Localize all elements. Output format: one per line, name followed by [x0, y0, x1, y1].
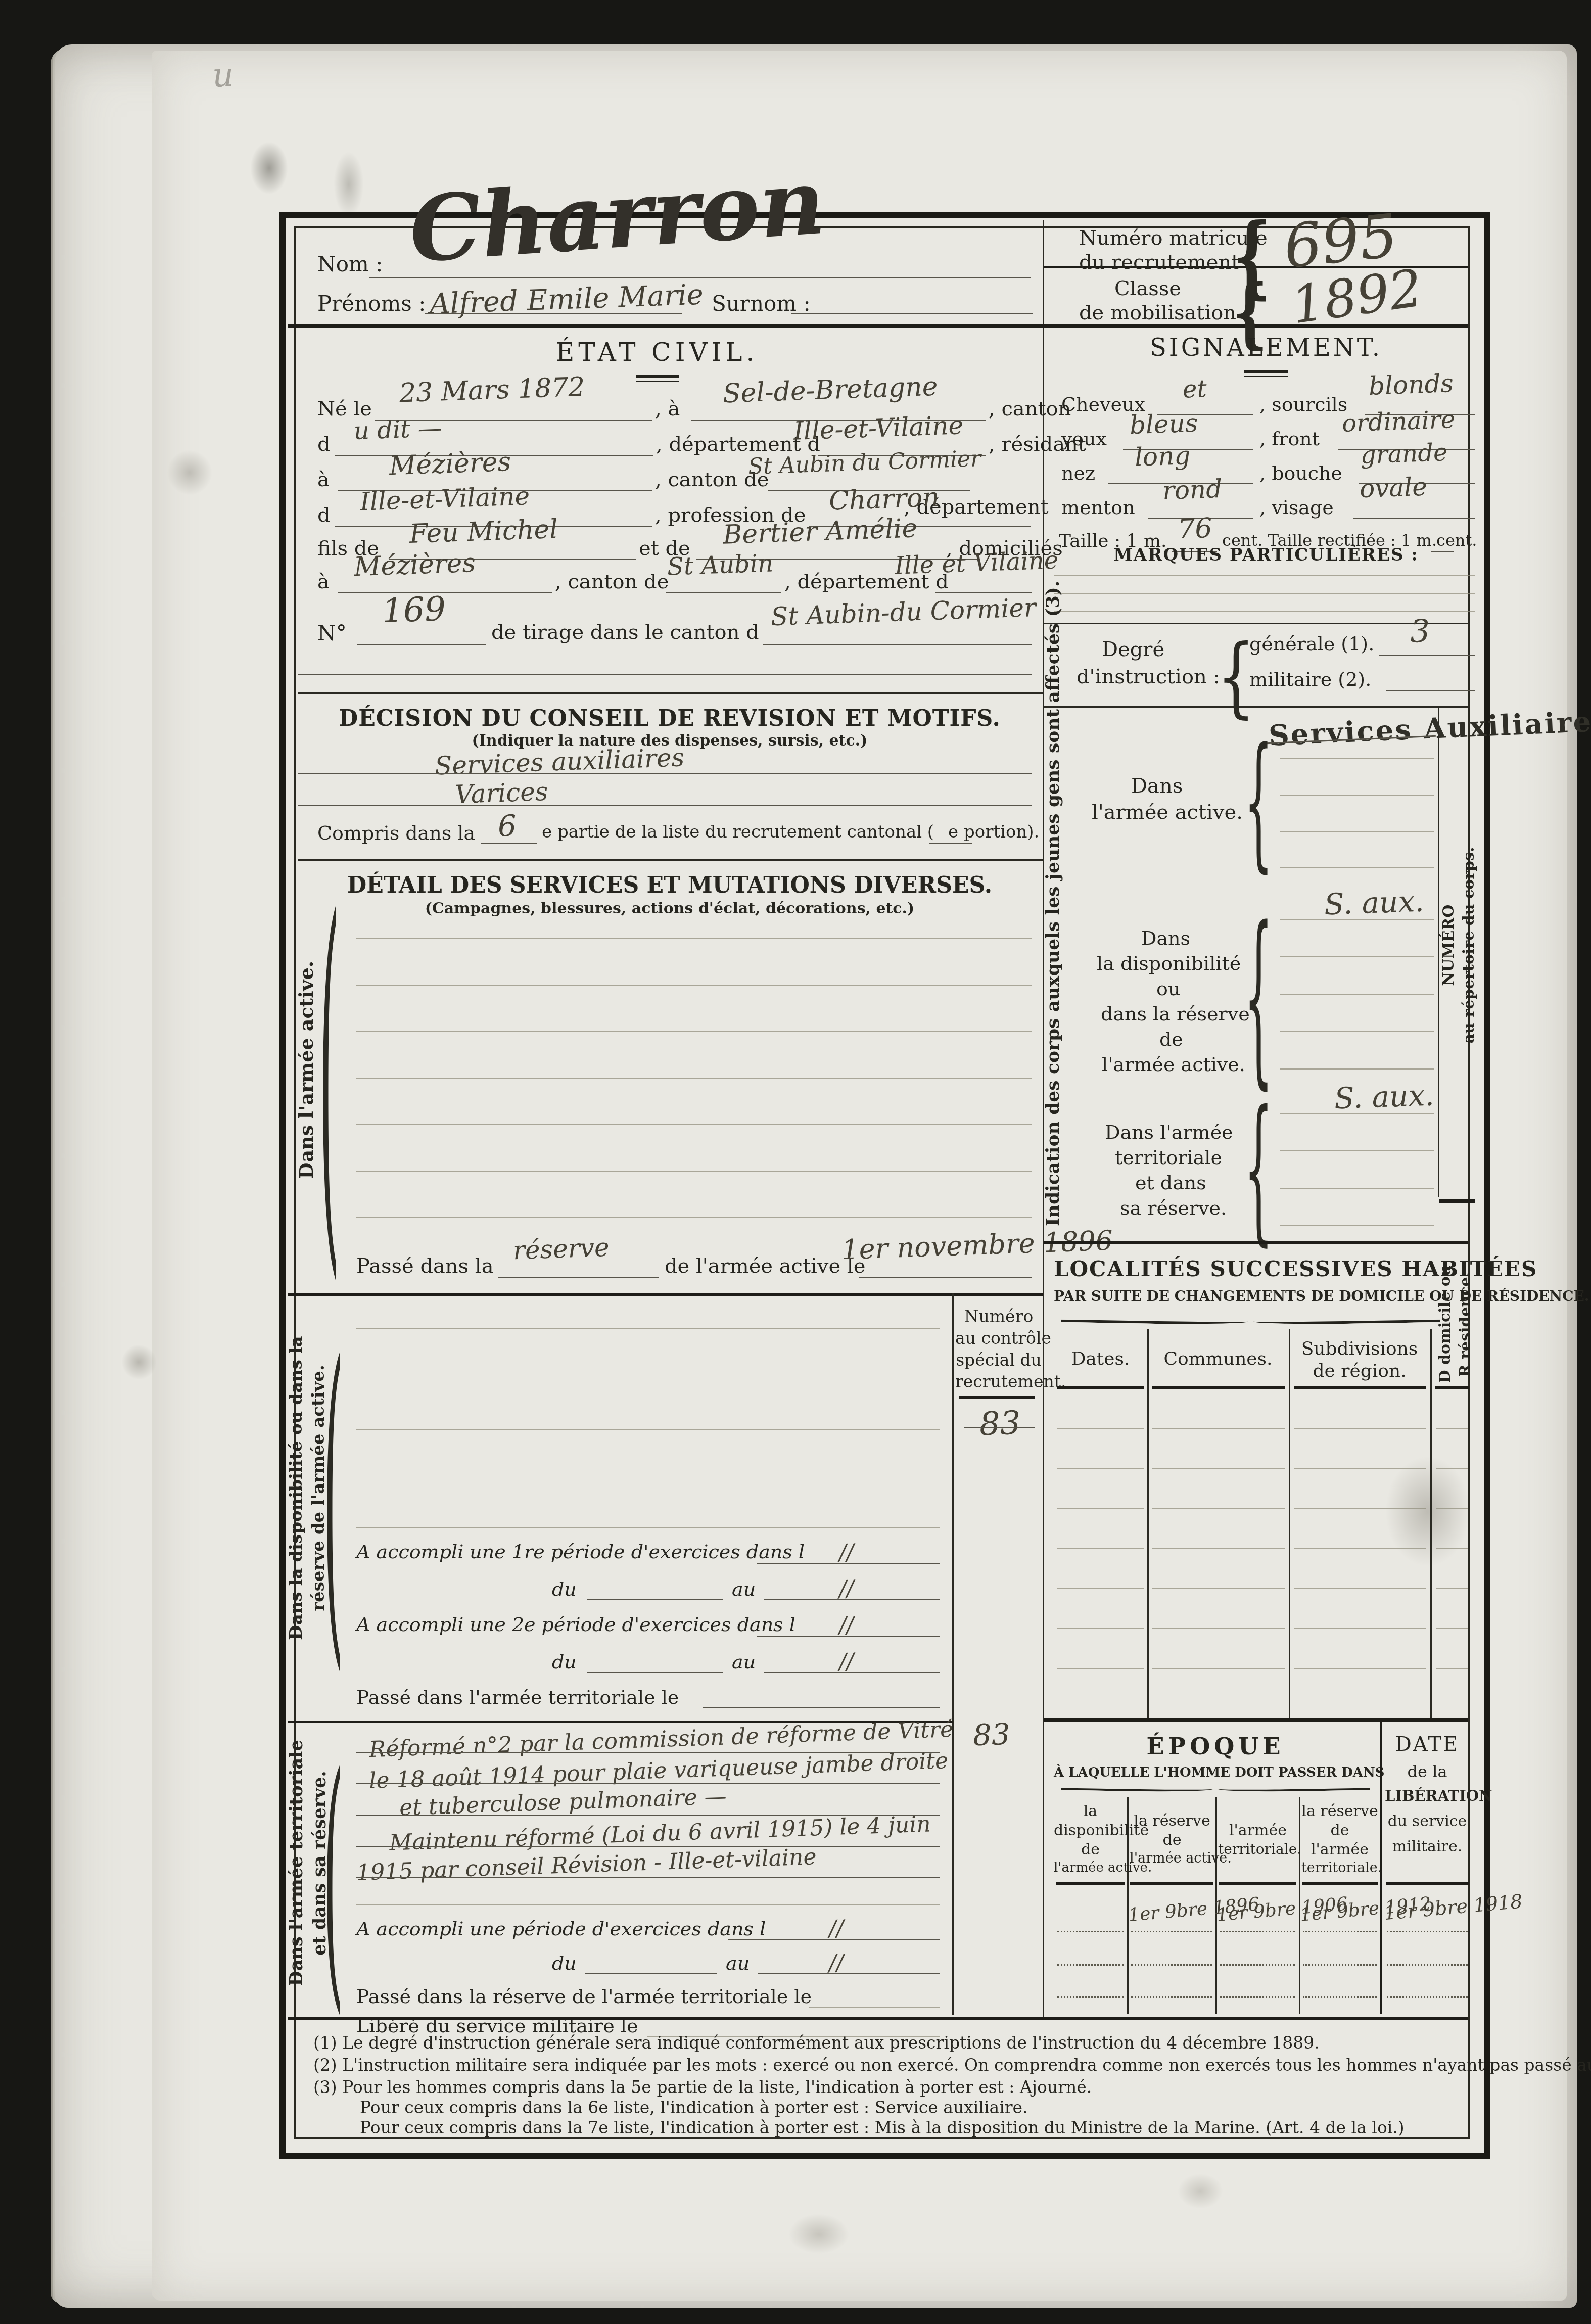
- footnote-5: Pour ceux compris dans la 7e liste, l'in…: [360, 2118, 1405, 2137]
- controle-value-2: 83: [972, 1717, 1011, 1753]
- line: [1353, 518, 1475, 519]
- row-line: [1057, 1428, 1144, 1429]
- nom-label: Nom :: [317, 252, 383, 276]
- localites-header-rule: [1294, 1386, 1426, 1389]
- epoque-col3: territoriale.: [1218, 1841, 1298, 1857]
- row-line: [1294, 1508, 1426, 1509]
- row-line: [1436, 1428, 1468, 1429]
- corps-terr-label: et dans: [1135, 1172, 1206, 1194]
- canton3-label: , canton de: [555, 570, 669, 593]
- col-subdivisions2: de région.: [1294, 1361, 1425, 1381]
- heavy-rule: [1044, 1241, 1468, 1244]
- line: [703, 1707, 940, 1708]
- localites-title: LOCALITÉS SUCCESSIVES HABITÉES: [1054, 1257, 1448, 1281]
- terr-s-aux-value: S. aux.: [1334, 1078, 1435, 1116]
- corps-active-label: Dans: [1131, 774, 1183, 798]
- row-line: [1436, 1668, 1468, 1669]
- stain: [1178, 2173, 1223, 2209]
- militaire-label: militaire (2).: [1249, 668, 1371, 690]
- row-line: [1436, 1548, 1468, 1549]
- blank-line: [1280, 1225, 1434, 1226]
- corps-terr-label: territoriale: [1115, 1146, 1222, 1169]
- quote-marks: ∕∕: [838, 1648, 854, 1675]
- classe-label2: de mobilisation :: [1079, 301, 1249, 324]
- tirage-canton-label: de tirage dans le canton d: [491, 621, 759, 644]
- periode1-label: A accompli une 1re période d'exercices d…: [356, 1541, 805, 1563]
- passe-territoriale-label: Passé dans l'armée territoriale le: [356, 1686, 679, 1708]
- corps-dispo-label: la disponibilité: [1097, 952, 1241, 974]
- controle-header: au contrôle: [955, 1328, 1042, 1348]
- line: [587, 1599, 723, 1600]
- pencil-scribble: u: [212, 55, 235, 95]
- controle-header: Numéro: [955, 1307, 1042, 1326]
- cheveux-value: et: [1182, 375, 1207, 404]
- dotted-line: [1387, 1996, 1468, 1998]
- epoque-title: ÉPOQUE: [1054, 1733, 1377, 1760]
- yeux-value: bleus: [1129, 408, 1198, 440]
- blank-line: [1054, 575, 1475, 576]
- epoque-header-rule: [1219, 1882, 1296, 1885]
- d2-label: d: [317, 503, 331, 527]
- line: [859, 1277, 1032, 1278]
- dotted-line: [1220, 1931, 1295, 1932]
- armee-active-side-label: Dans l'armée active.: [295, 967, 317, 1179]
- line: [1386, 690, 1475, 691]
- taille-value: 76: [1177, 512, 1213, 545]
- epoque-col1: de: [1054, 1841, 1127, 1858]
- dotted-line: [1387, 1964, 1468, 1966]
- signalement-bottom-rule: [1044, 623, 1468, 624]
- line: [809, 2007, 940, 2008]
- epoque-col1: la: [1054, 1802, 1127, 1820]
- dotted-line: [1057, 1996, 1124, 1998]
- localites-divider: [1430, 1329, 1432, 1718]
- line: [587, 1672, 723, 1673]
- footnote-2: (2) L'instruction militaire sera indiqué…: [313, 2055, 1591, 2075]
- pere-value: Feu Michel: [409, 514, 558, 549]
- line: [356, 1783, 940, 1784]
- row-line: [1152, 1468, 1285, 1469]
- line: [763, 644, 1032, 645]
- du-label: du: [552, 1651, 577, 1673]
- detail-subtitle: (Campagnes, blessures, actions d'éclat, …: [303, 900, 1036, 917]
- blank-line: [1280, 1150, 1434, 1151]
- corps-terr-label: Dans l'armée: [1105, 1121, 1233, 1143]
- localites-header-rule: [1152, 1386, 1285, 1389]
- col-communes: Communes.: [1152, 1349, 1284, 1369]
- epoque-date-label: de la: [1385, 1762, 1470, 1781]
- prenoms-label: Prénoms :: [317, 291, 426, 316]
- detail-title: DÉTAIL DES SERVICES ET MUTATIONS DIVERSE…: [303, 872, 1036, 898]
- menton-value: rond: [1162, 474, 1223, 505]
- blank-line: [356, 985, 1032, 986]
- departement1-value: Ille-et-Vilaine: [793, 410, 964, 446]
- passe-reserve-label1: Passé dans la: [356, 1254, 494, 1278]
- corps-dispo-label: ou: [1156, 978, 1180, 1000]
- epoque-col1: disponibilité: [1054, 1822, 1127, 1839]
- line: [1379, 655, 1475, 656]
- row-line: [1436, 1508, 1468, 1509]
- epoque-date-label: DATE: [1385, 1733, 1470, 1756]
- etat-civil-ornament: [636, 375, 679, 382]
- disponibilite-brace: (: [323, 1296, 344, 1701]
- blank-line: [1280, 1188, 1434, 1189]
- corps-dispo-brace: {: [1244, 889, 1273, 1107]
- row-line: [1294, 1588, 1426, 1589]
- row-line: [1152, 1668, 1285, 1669]
- visage-value: ovale: [1359, 472, 1428, 504]
- localites-header-rule: [1435, 1386, 1469, 1389]
- repertoire-label: NUMÉROau répertoire du corps.: [1439, 826, 1479, 1064]
- canton1-value: u dit —: [353, 414, 443, 445]
- epoque-col2: la réserve: [1130, 1812, 1214, 1830]
- etat-civil-title: ÉTAT CIVIL.: [455, 338, 859, 367]
- bouche-value: grande: [1360, 438, 1448, 470]
- epoque-header-rule: [1386, 1882, 1469, 1885]
- row-line: [1152, 1508, 1285, 1509]
- stain: [250, 142, 288, 195]
- stain: [334, 152, 364, 217]
- armee-active-brace: (: [319, 840, 340, 1315]
- blank-line: [298, 674, 1032, 675]
- passe-reserve-value: réserve: [512, 1233, 610, 1266]
- stain: [121, 1344, 157, 1380]
- line: [356, 1846, 940, 1847]
- epoque-header-rule: [1056, 1882, 1125, 1885]
- stain: [788, 2214, 849, 2254]
- blank-line: [1280, 994, 1434, 995]
- row-line: [1294, 1628, 1426, 1629]
- strike-line: [964, 1427, 1035, 1428]
- row-line: [1294, 1428, 1426, 1429]
- degre-bottom-rule: [1044, 706, 1468, 708]
- row-line: [1436, 1468, 1468, 1469]
- passe-reserve-label2: de l'armée active le: [665, 1254, 865, 1278]
- epoque-col2: de: [1130, 1831, 1214, 1849]
- epoque-date-label: du service: [1385, 1812, 1470, 1830]
- dotted-line: [1303, 1964, 1377, 1966]
- footnote-4: Pour ceux compris dans la 6e liste, l'in…: [360, 2098, 1028, 2117]
- d-label: d: [317, 433, 331, 456]
- blank-line: [356, 1031, 1032, 1032]
- au-label: au: [726, 1952, 750, 1974]
- a-label: , à: [655, 397, 680, 421]
- line: [357, 644, 486, 645]
- row-line: [1436, 1588, 1468, 1589]
- epoque-col4: la réserve: [1301, 1802, 1378, 1820]
- col-subdivisions: Subdivisions: [1294, 1338, 1425, 1359]
- blank-line: [1054, 611, 1475, 612]
- row-line: [1152, 1428, 1285, 1429]
- controle-header: recrutement.: [955, 1372, 1042, 1391]
- stain: [167, 450, 212, 495]
- blank-line: [1280, 1031, 1434, 1032]
- compris-label2: e partie de la liste du recrutement cant…: [542, 822, 934, 842]
- blank-line: [1280, 795, 1434, 796]
- controle-header: spécial du: [955, 1350, 1042, 1370]
- generale-value: 3: [1410, 612, 1431, 649]
- repertoire-bottom-mark: [1439, 1199, 1475, 1203]
- line: [356, 1877, 940, 1878]
- corps-active-brace: {: [1244, 718, 1273, 887]
- row-line: [1294, 1548, 1426, 1549]
- yeux-label: yeux: [1061, 428, 1107, 450]
- tirage-numero: 169: [382, 589, 447, 630]
- visage-label: , visage: [1259, 496, 1334, 519]
- footnote-1: (1) Le degré d'instruction générale sera…: [313, 2033, 1320, 2053]
- matricule-label2: du recrutement :: [1079, 251, 1253, 274]
- dotted-line: [1131, 1931, 1212, 1932]
- signalement-ornament: [1244, 370, 1288, 377]
- dispo-s-aux-value: S. aux.: [1324, 884, 1425, 922]
- blank-line: [1054, 593, 1475, 594]
- line: [298, 805, 1032, 806]
- nez-label: nez: [1061, 462, 1095, 484]
- corps-terr-brace: {: [1244, 1079, 1273, 1261]
- au-label: au: [732, 1651, 756, 1673]
- localites-divider: [1289, 1329, 1290, 1718]
- blank-line: [356, 938, 1032, 939]
- prenoms-line: [425, 313, 682, 314]
- territoriale-brace: (: [323, 1722, 344, 2038]
- corps-dispo-label: Dans: [1141, 927, 1190, 949]
- tirage-no-label: N°: [317, 621, 347, 645]
- row-line: [1294, 1468, 1426, 1469]
- footnote-separator-rule: [288, 2017, 1468, 2020]
- localites-header-rule: [1057, 1386, 1144, 1389]
- menton-label: menton: [1061, 496, 1135, 519]
- epoque-date-label: militaire.: [1385, 1838, 1470, 1855]
- corps-terr-label: sa réserve.: [1120, 1197, 1227, 1219]
- epoque-col2: l'armée active.: [1130, 1850, 1214, 1866]
- dotted-line: [1220, 1964, 1295, 1966]
- dotted-line: [1303, 1931, 1377, 1932]
- epoque-col4: territoriale.: [1301, 1860, 1378, 1876]
- row-line: [1057, 1468, 1144, 1469]
- line: [758, 1973, 940, 1974]
- nez-value: long: [1134, 441, 1191, 472]
- degre-label: Degré: [1102, 638, 1164, 661]
- rule: [298, 859, 1043, 861]
- blank-line: [356, 1171, 1032, 1172]
- footnote-3: (3) Pour les hommes compris dans la 5e p…: [313, 2077, 1092, 2097]
- sourcils-label: , sourcils: [1259, 393, 1347, 415]
- corps-side-label: Indication des corps auxquels les jeunes…: [1042, 706, 1063, 1226]
- corps-active-label2: l'armée active.: [1092, 801, 1243, 824]
- rule: [298, 692, 1043, 694]
- epoque-date-label: LIBÉRATION: [1385, 1787, 1470, 1804]
- row-line: [1294, 1668, 1426, 1669]
- residence-value: Mézières: [389, 447, 511, 481]
- corps-dispo-label: dans la réserve: [1101, 1003, 1250, 1025]
- blank-line: [356, 1904, 940, 1905]
- dotted-line: [1057, 1964, 1124, 1966]
- naissance-date: 23 Mars 1872: [399, 372, 585, 409]
- dotted-line: [1057, 1931, 1124, 1932]
- epoque-col4: de: [1301, 1822, 1378, 1839]
- blank-line: [356, 1078, 1032, 1079]
- corps-dispo-label: de: [1159, 1028, 1183, 1050]
- row-line: [1057, 1628, 1144, 1629]
- decision-title: DÉCISION DU CONSEIL DE REVISION ET MOTIF…: [303, 706, 1036, 731]
- row-line: [1057, 1588, 1144, 1589]
- blank-line: [356, 1429, 940, 1430]
- front-label: , front: [1259, 428, 1320, 450]
- dotted-line: [1131, 1964, 1212, 1966]
- epoque-col1: l'armée active.: [1054, 1860, 1127, 1875]
- quote-marks: ∕∕: [838, 1575, 854, 1602]
- canton-suffix: , canton: [989, 397, 1071, 421]
- departement2-value: Ille-et-Vilaine: [359, 481, 530, 517]
- compris-label3: e portion).: [948, 822, 1039, 842]
- marques-title: MARQUES PARTICULIÈRES :: [1064, 545, 1468, 565]
- front-value: ordinaire: [1341, 405, 1456, 438]
- blank-line: [356, 1217, 1032, 1218]
- row-line: [1057, 1548, 1144, 1549]
- quote-marks: ∕∕: [838, 1539, 854, 1565]
- line: [666, 592, 781, 593]
- line: [298, 773, 1032, 774]
- du-label: du: [552, 1578, 577, 1600]
- epoque-subtitle: À LAQUELLE L'HOMME DOIT PASSER DANS: [1054, 1765, 1377, 1780]
- epoque-header-rule: [1302, 1882, 1378, 1885]
- row-line: [1152, 1628, 1285, 1629]
- corps-dispo-label: l'armée active.: [1102, 1053, 1245, 1076]
- canton3-value: St Aubin: [667, 549, 774, 581]
- line: [481, 843, 537, 844]
- departement3-value: Ille et Vilaine: [894, 546, 1059, 580]
- profession-value: Charron: [828, 482, 940, 517]
- sourcils-value: blonds: [1368, 368, 1454, 401]
- col-dates: Dates.: [1056, 1349, 1145, 1369]
- degre-label2: d'instruction :: [1077, 665, 1220, 688]
- heavy-rule: [1044, 1718, 1468, 1722]
- blank-line: [1280, 1113, 1434, 1114]
- row-line: [1152, 1548, 1285, 1549]
- controle-value-1: 83: [979, 1405, 1021, 1444]
- controle-header-rule: [959, 1396, 1035, 1399]
- du-label: du: [552, 1952, 577, 1974]
- blank-line: [356, 1328, 940, 1329]
- surnom-label: Surnom :: [712, 291, 811, 316]
- scanned-register-photo: u Nom : Charron Prénoms : Alfred Emile M…: [0, 0, 1591, 2324]
- quote-marks: ∕∕: [828, 1949, 844, 1976]
- dotted-line: [1387, 1931, 1468, 1932]
- surnom-line: [791, 313, 1033, 314]
- row-line: [1057, 1508, 1144, 1509]
- epoque-header-rule: [1130, 1882, 1213, 1885]
- line: [929, 843, 972, 844]
- line: [585, 1973, 717, 1974]
- epoque-col3: l'armée: [1218, 1822, 1298, 1839]
- classe-label: Classe: [1114, 277, 1181, 300]
- blank-line: [1280, 758, 1434, 759]
- heavy-rule: [288, 1293, 1043, 1296]
- quote-marks: ∕∕: [838, 1612, 854, 1638]
- blank-line: [1280, 919, 1434, 920]
- dotted-line: [1131, 1996, 1212, 1998]
- line: [498, 1277, 659, 1278]
- blank-line: [356, 1124, 1032, 1125]
- localites-subtitle: PAR SUITE DE CHANGEMENTS DE DOMICILE OU …: [1054, 1288, 1448, 1305]
- signalement-title: SIGNALEMENT.: [1064, 334, 1468, 362]
- row-line: [1057, 1668, 1144, 1669]
- au-label: au: [732, 1578, 756, 1600]
- dotted-line: [1303, 1996, 1377, 1998]
- bouche-label: , bouche: [1259, 462, 1342, 484]
- header-bottom-rule: [288, 324, 1468, 328]
- generale-label: générale (1).: [1249, 633, 1374, 655]
- passe-reserve-territoriale-label: Passé dans la réserve de l'armée territo…: [356, 1985, 812, 2008]
- blank-line: [1280, 1068, 1434, 1070]
- territoriale-periode-label: A accompli une période d'exercices dans …: [356, 1918, 766, 1940]
- blank-line: [1280, 831, 1434, 832]
- controle-column-divider: [952, 1293, 954, 2015]
- a3-label: à: [317, 570, 330, 593]
- blank-line: [356, 1527, 940, 1528]
- epoque-col4: l'armée: [1301, 1841, 1378, 1858]
- compris-value: 6: [497, 808, 517, 843]
- compris-label1: Compris dans la: [317, 822, 475, 844]
- quote-marks: ∕∕: [828, 1915, 844, 1941]
- localites-divider: [1147, 1329, 1149, 1718]
- col-domicile-residence: D domicile ouR résidence.: [1435, 1253, 1476, 1395]
- row-line: [1152, 1588, 1285, 1589]
- periode2-label: A accompli une 2e période d'exercices da…: [356, 1613, 795, 1636]
- blank-line: [1280, 956, 1434, 957]
- a2-label: à: [317, 468, 330, 491]
- row-line: [1436, 1628, 1468, 1629]
- dotted-line: [1220, 1996, 1295, 1998]
- blank-line: [1280, 867, 1434, 868]
- domicile-value: Mézières: [353, 548, 476, 582]
